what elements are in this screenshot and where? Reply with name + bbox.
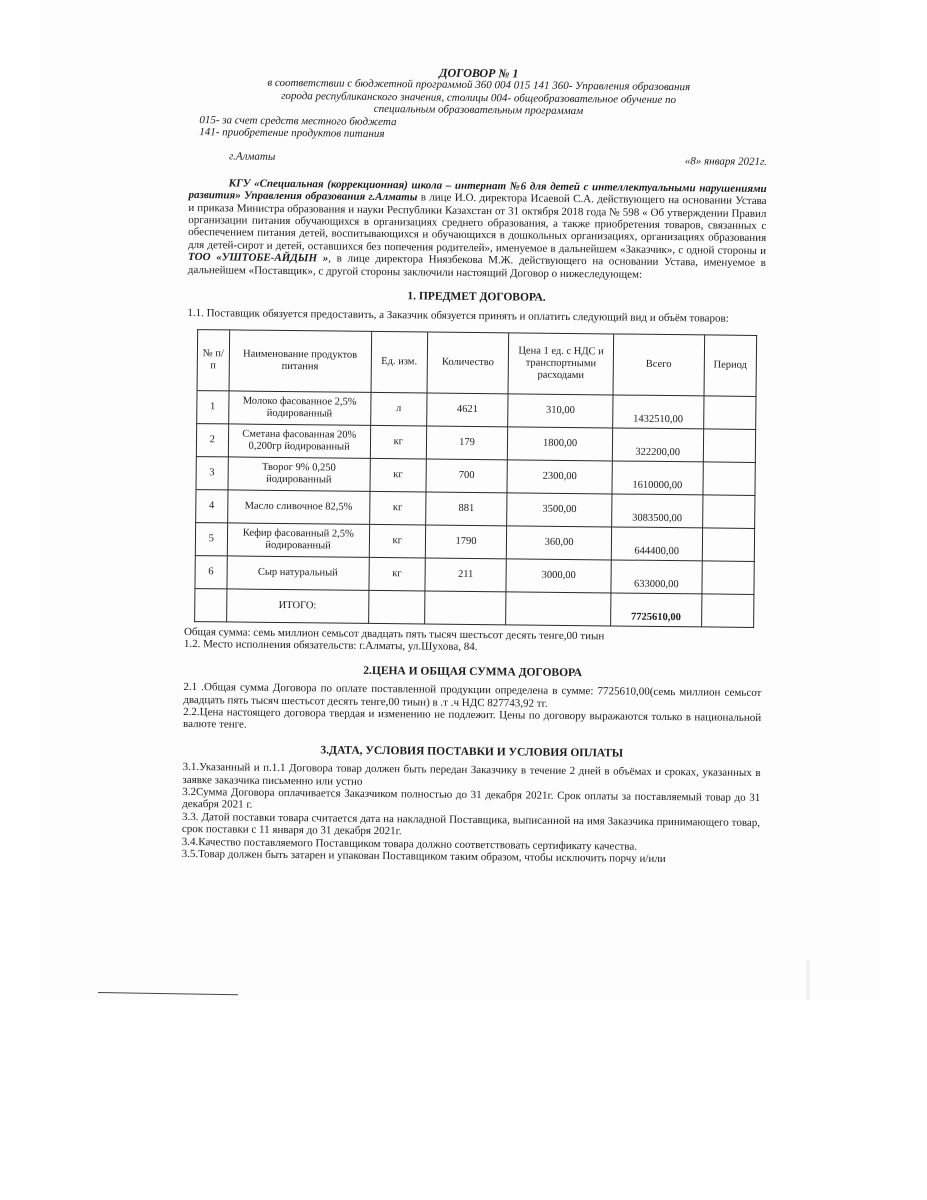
clause-1-1: 1.1. Поставщик обязуется предоставить, а… [187,306,765,324]
supplier-name: ТОО «УШТОБЕ-АЙДЫН » [188,251,328,264]
cell-empty [195,588,227,621]
cell-total: 633000,00 [611,560,702,594]
contract-page: ДОГОВОР № 1 в соответствии с бюджетной п… [182,60,768,866]
city: г.Алматы [229,151,275,164]
cell-quantity: 4621 [426,393,508,427]
cell-number: 4 [196,489,228,522]
cell-unit: кг [370,458,426,492]
cell-number: 6 [195,555,227,588]
cell-period [702,495,755,529]
cell-unit-price: 1800,00 [508,427,613,461]
cell-unit-price: 360,00 [507,526,612,560]
cell-period [703,396,756,430]
cell-empty [424,591,506,625]
cell-unit: кг [369,524,425,558]
cell-product-name: Кефир фасованный 2,5% йодированный [227,523,370,557]
cell-unit: кг [370,491,426,525]
cell-unit: л [371,392,427,426]
cell-total: 322200,00 [612,428,703,462]
contract-date: «8» января 2021г. [685,156,767,169]
cell-empty [701,594,754,628]
cell-period [702,528,755,562]
cell-empty [506,592,611,626]
header-number: № п/п [197,330,229,391]
cell-product-name: Сметана фасованная 20% 0,200гр йодирован… [228,424,371,458]
cell-unit-price: 3500,00 [507,493,612,527]
cell-unit-price: 3000,00 [506,559,611,593]
cell-unit-price: 310,00 [508,394,613,428]
section-2-heading: 2.ЦЕНА И ОБЩАЯ СУММА ДОГОВОРА [184,663,762,681]
cell-number: 1 [197,390,229,423]
section-3-heading: 3.ДАТА, УСЛОВИЯ ПОСТАВКИ И УСЛОВИЯ ОПЛАТ… [183,743,761,761]
grand-total: 7725610,00 [610,593,701,627]
section-1-heading: 1. ПРЕДМЕТ ДОГОВОРА. [187,288,765,306]
header-period: Период [704,335,757,397]
cell-total: 3083500,00 [612,494,703,528]
cell-period [702,561,755,595]
scan-edge-shadow [806,960,810,1000]
total-label: ИТОГО: [226,589,369,623]
intro-paragraph: КГУ «Специальная (коррекционная) школа –… [188,177,767,282]
goods-table: № п/п Наименование продуктов питания Ед.… [194,329,757,628]
cell-unit: кг [369,557,425,591]
table-header-row: № п/п Наименование продуктов питания Ед.… [197,330,757,397]
header-quantity: Количество [427,332,509,394]
cell-period [703,429,756,463]
cell-quantity: 700 [426,459,508,493]
cell-period [703,462,756,496]
cell-total: 1610000,00 [612,461,703,495]
header-unit: Ед. изм. [371,331,427,393]
cell-total: 644400,00 [611,527,702,561]
table-total-row: ИТОГО:7725610,00 [195,588,754,627]
city-date-row: г.Алматы «8» января 2021г. [189,150,767,168]
header-total: Всего [613,334,705,396]
cell-product-name: Сыр натуральный [226,556,369,590]
cell-unit-price: 2300,00 [507,460,612,494]
cell-product-name: Молоко фасованное 2,5% йодированный [228,391,371,425]
cell-total: 1432510,00 [613,395,704,429]
cell-number: 5 [195,522,227,555]
cell-number: 3 [196,456,228,489]
cell-number: 2 [196,423,228,456]
cell-product-name: Масло сливочное 82,5% [227,490,370,524]
cell-empty [368,590,424,624]
clause-2-2: 2.2.Цена настоящего договора твердая и и… [183,706,761,737]
cell-quantity: 179 [426,426,508,460]
cell-quantity: 1790 [425,525,507,559]
cell-quantity: 881 [425,492,507,526]
cell-quantity: 211 [425,558,507,592]
cell-product-name: Творог 9% 0,250 йодированный [228,457,371,491]
cell-unit: кг [370,425,426,459]
header-unit-price: Цена 1 ед. с НДС и транспортными расхода… [508,333,613,395]
header-product-name: Наименование продуктов питания [229,330,372,392]
